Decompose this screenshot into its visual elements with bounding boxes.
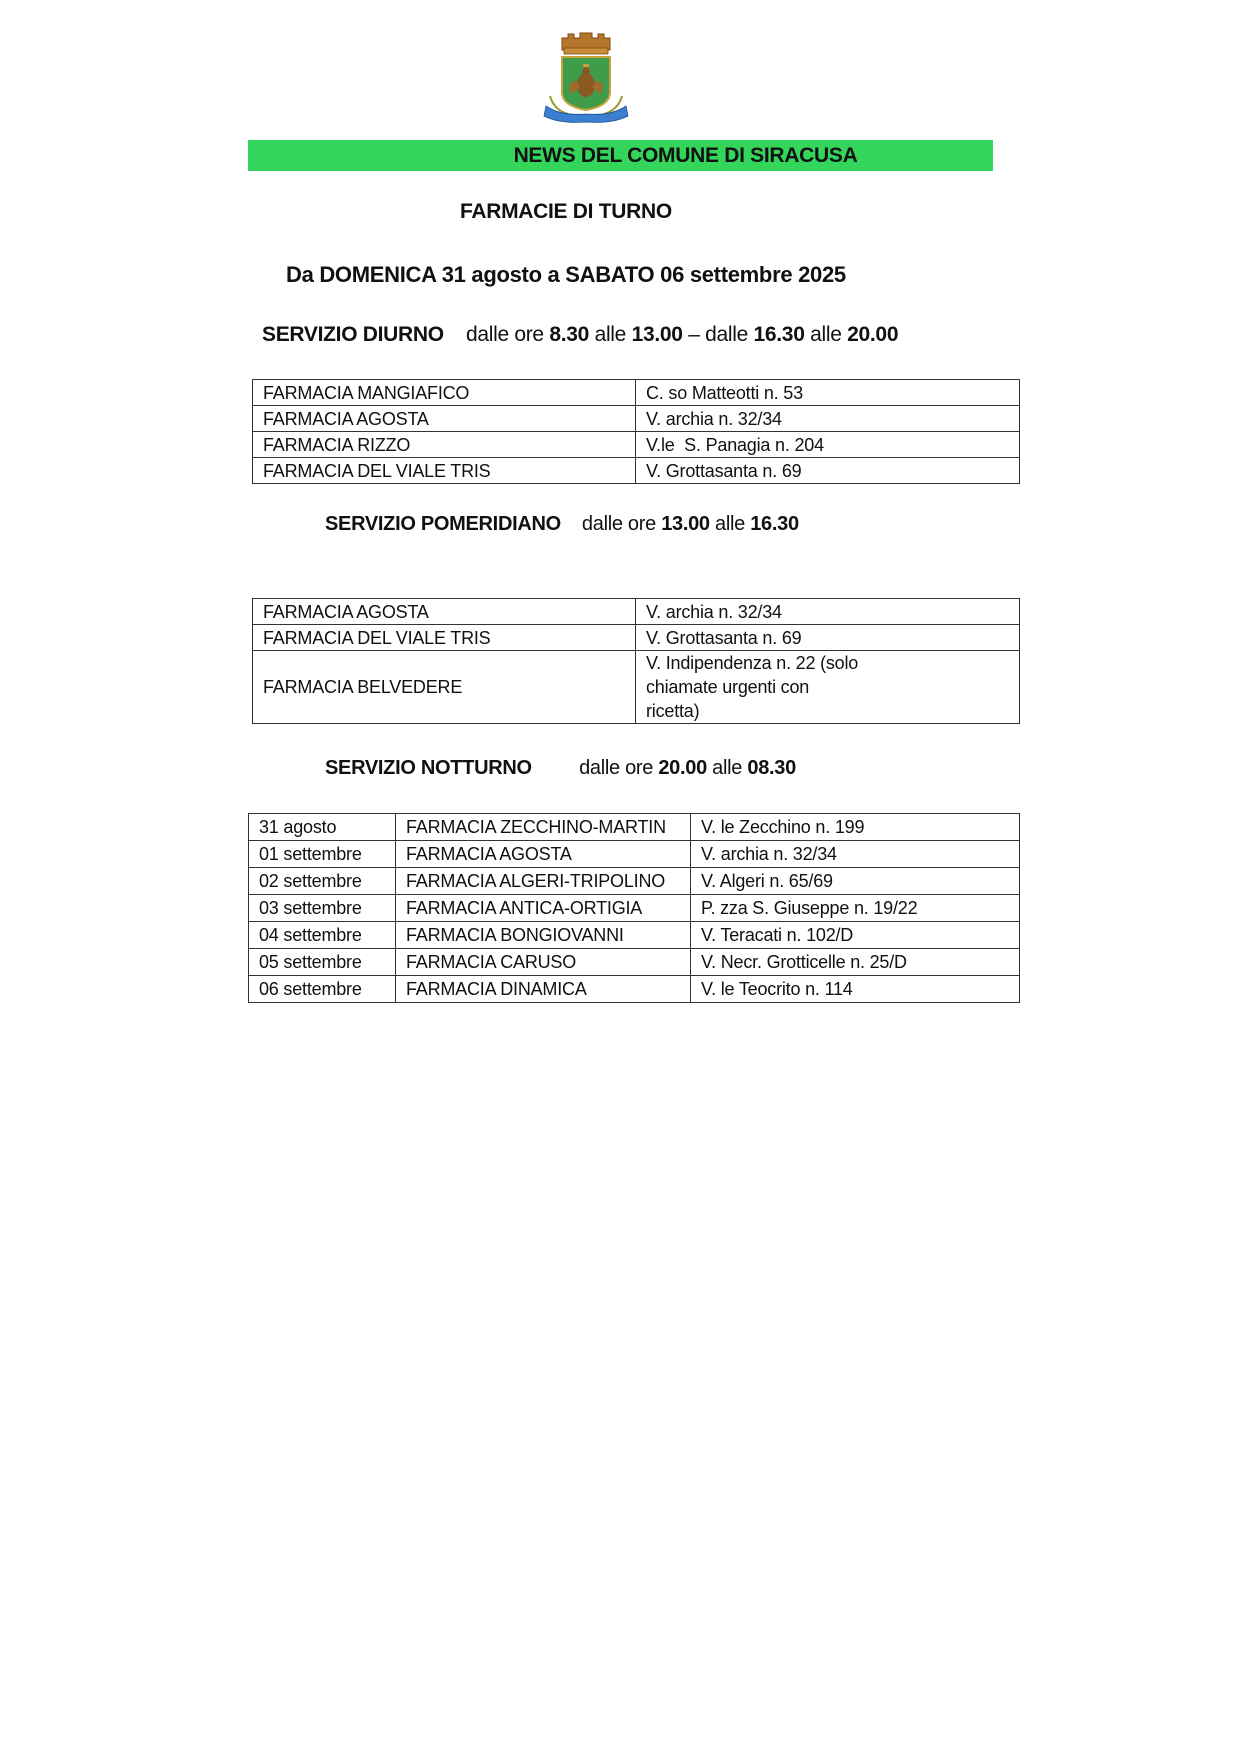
page-title: FARMACIE DI TURNO (460, 200, 672, 224)
pharmacy-address: V. Indipendenza n. 22 (solo chiamate urg… (636, 651, 1020, 724)
address-line: chiamate urgenti con (646, 675, 1009, 699)
night-date: 05 settembre (249, 949, 396, 976)
pharmacy-name: FARMACIA ANTICA-ORTIGIA (396, 895, 691, 922)
pharmacy-address: V. archia n. 32/34 (691, 841, 1020, 868)
table-row: FARMACIA DEL VIALE TRIS V. Grottasanta n… (253, 458, 1020, 484)
diurno-table: FARMACIA MANGIAFICO C. so Matteotti n. 5… (252, 379, 1020, 484)
pharmacy-name: FARMACIA MANGIAFICO (253, 380, 636, 406)
table-row: 04 settembre FARMACIA BONGIOVANNI V. Ter… (249, 922, 1020, 949)
diurno-hour: 20.00 (847, 323, 898, 346)
notturno-heading: SERVIZIO NOTTURNO dalle ore 20.00 alle 0… (325, 757, 796, 780)
pharmacy-name: FARMACIA AGOSTA (253, 406, 636, 432)
notturno-table: 31 agosto FARMACIA ZECCHINO-MARTIN V. le… (248, 813, 1020, 1003)
pharmacy-address: V. Algeri n. 65/69 (691, 868, 1020, 895)
pharmacy-name: FARMACIA DEL VIALE TRIS (253, 458, 636, 484)
pharmacy-address: V. Grottasanta n. 69 (636, 625, 1020, 651)
table-row: 05 settembre FARMACIA CARUSO V. Necr. Gr… (249, 949, 1020, 976)
banner-title: NEWS DEL COMUNE DI SIRACUSA (514, 144, 858, 167)
diurno-text: alle (589, 323, 632, 346)
pharmacy-address: V. archia n. 32/34 (636, 599, 1020, 625)
pharmacy-address: C. so Matteotti n. 53 (636, 380, 1020, 406)
table-row: FARMACIA DEL VIALE TRIS V. Grottasanta n… (253, 625, 1020, 651)
news-banner: NEWS DEL COMUNE DI SIRACUSA (248, 140, 993, 171)
night-date: 01 settembre (249, 841, 396, 868)
notturno-label: SERVIZIO NOTTURNO (325, 757, 532, 779)
table-row: 03 settembre FARMACIA ANTICA-ORTIGIA P. … (249, 895, 1020, 922)
night-date: 06 settembre (249, 976, 396, 1003)
table-row: FARMACIA MANGIAFICO C. so Matteotti n. 5… (253, 380, 1020, 406)
table-row: FARMACIA BELVEDERE V. Indipendenza n. 22… (253, 651, 1020, 724)
table-row: 06 settembre FARMACIA DINAMICA V. le Teo… (249, 976, 1020, 1003)
pharmacy-name: FARMACIA RIZZO (253, 432, 636, 458)
pomeridiano-text: dalle ore (582, 513, 661, 535)
pomeridiano-hour: 13.00 (661, 513, 710, 535)
diurno-hour: 8.30 (549, 323, 589, 346)
diurno-text: alle (805, 323, 848, 346)
table-row: FARMACIA AGOSTA V. archia n. 32/34 (253, 406, 1020, 432)
table-row: 31 agosto FARMACIA ZECCHINO-MARTIN V. le… (249, 814, 1020, 841)
pharmacy-name: FARMACIA CARUSO (396, 949, 691, 976)
diurno-text: – dalle (683, 323, 754, 346)
pharmacy-address: V. le Teocrito n. 114 (691, 976, 1020, 1003)
pharmacy-address: V.le S. Panagia n. 204 (636, 432, 1020, 458)
diurno-label: SERVIZIO DIURNO (262, 323, 444, 346)
table-row: FARMACIA AGOSTA V. archia n. 32/34 (253, 599, 1020, 625)
pharmacy-name: FARMACIA BONGIOVANNI (396, 922, 691, 949)
night-date: 03 settembre (249, 895, 396, 922)
pomeridiano-text: alle (710, 513, 750, 535)
pomeridiano-hour: 16.30 (750, 513, 799, 535)
pharmacy-name: FARMACIA ZECCHINO-MARTIN (396, 814, 691, 841)
night-date: 04 settembre (249, 922, 396, 949)
siracusa-coat-of-arms-icon (540, 30, 632, 125)
pharmacy-address: P. zza S. Giuseppe n. 19/22 (691, 895, 1020, 922)
pomeridiano-table: FARMACIA AGOSTA V. archia n. 32/34 FARMA… (252, 598, 1020, 724)
diurno-text: dalle ore (466, 323, 549, 346)
pharmacy-address: V. Grottasanta n. 69 (636, 458, 1020, 484)
period-heading: Da DOMENICA 31 agosto a SABATO 06 settem… (286, 262, 846, 288)
table-row: 02 settembre FARMACIA ALGERI-TRIPOLINO V… (249, 868, 1020, 895)
pharmacy-address: V. Teracati n. 102/D (691, 922, 1020, 949)
table-row: FARMACIA RIZZO V.le S. Panagia n. 204 (253, 432, 1020, 458)
pomeridiano-label: SERVIZIO POMERIDIANO (325, 513, 561, 535)
notturno-text: dalle ore (579, 757, 658, 779)
notturno-hour: 20.00 (658, 757, 707, 779)
night-date: 31 agosto (249, 814, 396, 841)
diurno-hour: 16.30 (754, 323, 805, 346)
pomeridiano-heading: SERVIZIO POMERIDIANO dalle ore 13.00 all… (325, 513, 799, 536)
address-line: V. Indipendenza n. 22 (solo (646, 651, 1009, 675)
table-row: 01 settembre FARMACIA AGOSTA V. archia n… (249, 841, 1020, 868)
pharmacy-name: FARMACIA AGOSTA (253, 599, 636, 625)
pharmacy-address: V. le Zecchino n. 199 (691, 814, 1020, 841)
pharmacy-name: FARMACIA BELVEDERE (253, 651, 636, 724)
notturno-text: alle (707, 757, 747, 779)
night-date: 02 settembre (249, 868, 396, 895)
pharmacy-name: FARMACIA DEL VIALE TRIS (253, 625, 636, 651)
pharmacy-address: V. Necr. Grotticelle n. 25/D (691, 949, 1020, 976)
pharmacy-name: FARMACIA AGOSTA (396, 841, 691, 868)
diurno-heading: SERVIZIO DIURNO dalle ore 8.30 alle 13.0… (262, 323, 898, 347)
notturno-hour: 08.30 (747, 757, 796, 779)
pharmacy-name: FARMACIA DINAMICA (396, 976, 691, 1003)
pharmacy-address: V. archia n. 32/34 (636, 406, 1020, 432)
pharmacy-name: FARMACIA ALGERI-TRIPOLINO (396, 868, 691, 895)
address-line: ricetta) (646, 699, 1009, 723)
diurno-hour: 13.00 (632, 323, 683, 346)
